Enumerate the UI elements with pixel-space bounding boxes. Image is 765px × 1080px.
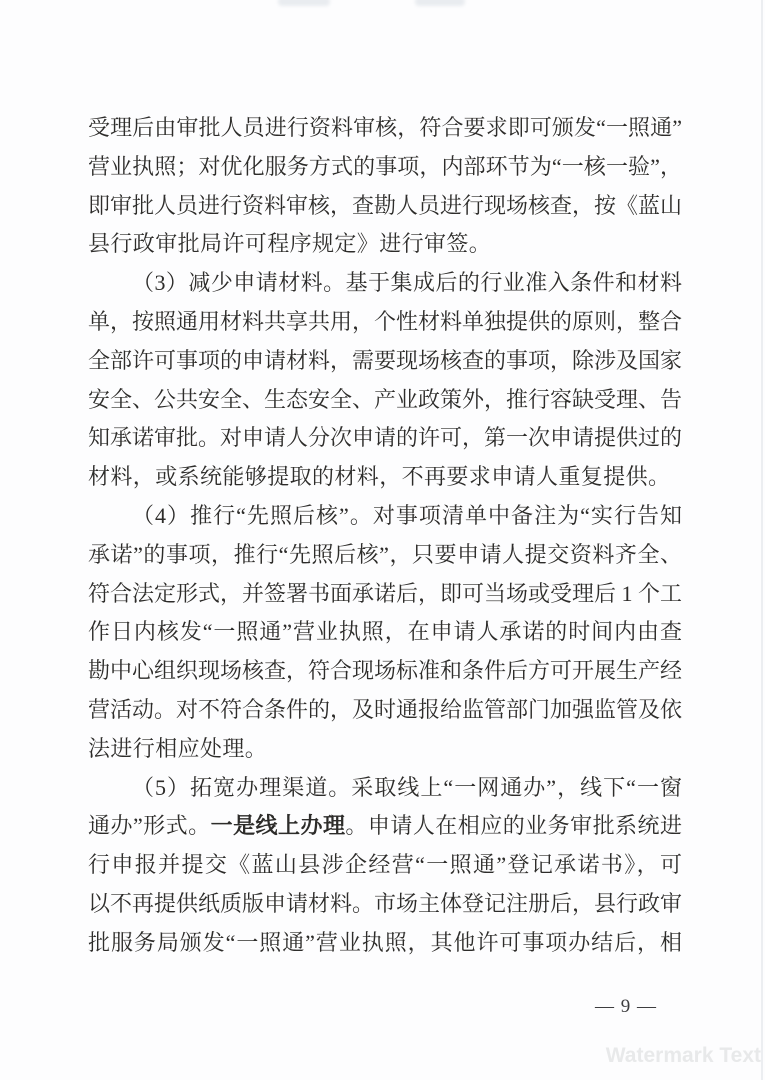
document-body-text: 受理后由审批人员进行资料审核，符合要求即可颁发“一照通”营业执照；对优化服务方式…: [88, 109, 682, 963]
text-line: 即审批人员进行资料审核，查勘人员进行现场核查，按《蓝山: [88, 187, 682, 226]
text-line: 作日内核发“一照通”营业执照，在申请人承诺的时间内由查: [88, 613, 682, 652]
text-line: 营活动。对不符合条件的，及时通报给监管部门加强监管及依: [88, 691, 682, 730]
watermark: Watermark Text: [606, 1044, 761, 1068]
text-line: 以不再提供纸质版申请材料。市场主体登记注册后，县行政审: [88, 885, 682, 924]
text-line: 单，按照通用材料共享共用，个性材料单独提供的原则，整合: [88, 303, 682, 342]
text-line: （5）拓宽办理渠道。采取线上“一网通办”，线下“一窗: [88, 769, 682, 808]
scan-edge-line: [761, 0, 763, 1080]
text-line: 通办”形式。一是线上办理。申请人在相应的业务审批系统进: [88, 807, 682, 846]
text-line: 营业执照；对优化服务方式的事项，内部环节为“一核一验”，: [88, 148, 682, 187]
text-line: 知承诺审批。对申请人分次申请的许可，第一次申请提供过的: [88, 419, 682, 458]
text-line: 批服务局颁发“一照通”营业执照，其他许可事项办结后，相: [88, 924, 682, 963]
text-line: 行申报并提交《蓝山县涉企经营“一照通”登记承诺书》，可: [88, 846, 682, 885]
text-line: 勘中心组织现场核查，符合现场标准和条件后方可开展生产经: [88, 652, 682, 691]
text-line: 法进行相应处理。: [88, 730, 682, 769]
document-page: 受理后由审批人员进行资料审核，符合要求即可颁发“一照通”营业执照；对优化服务方式…: [0, 0, 765, 1080]
scan-artifact: [278, 0, 330, 6]
text-line: 县行政审批局许可程序规定》进行审签。: [88, 225, 682, 264]
text-line: 承诺”的事项，推行“先照后核”，只要申请人提交资料齐全、: [88, 536, 682, 575]
text-line: 材料，或系统能够提取的材料，不再要求申请人重复提供。: [88, 458, 682, 497]
text-line: 安全、公共安全、生态安全、产业政策外，推行容缺受理、告: [88, 381, 682, 420]
text-line: （4）推行“先照后核”。对事项清单中备注为“实行告知: [88, 497, 682, 536]
text-line: 受理后由审批人员进行资料审核，符合要求即可颁发“一照通”: [88, 109, 682, 148]
bold-text: 一是线上办理: [211, 813, 346, 838]
text-line: 符合法定形式，并签署书面承诺后，即可当场或受理后 1 个工: [88, 575, 682, 614]
text-line: （3）减少申请材料。基于集成后的行业准入条件和材料清: [88, 264, 682, 303]
page-number: — 9 —: [595, 996, 657, 1018]
text-line: 全部许可事项的申请材料，需要现场核查的事项，除涉及国家: [88, 342, 682, 381]
scan-artifact: [415, 0, 465, 6]
